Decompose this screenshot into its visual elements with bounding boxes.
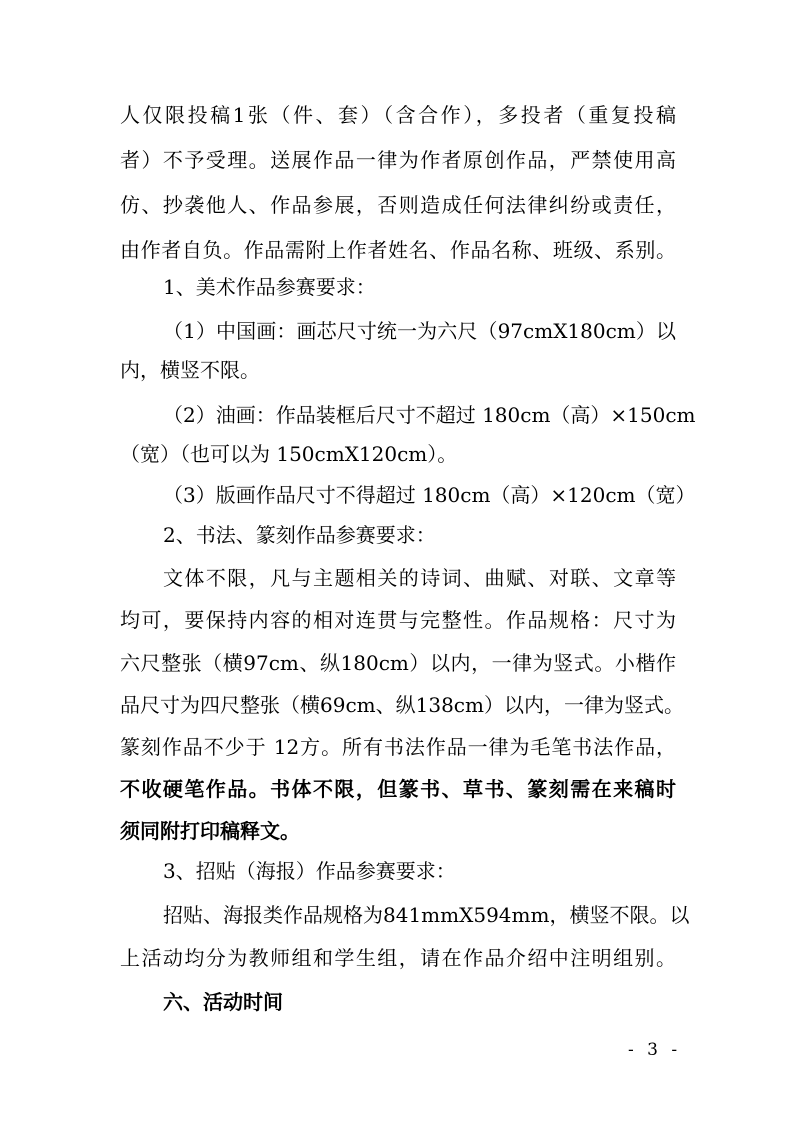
body-line-2: 者）不予受理。送展作品一律为作者原创作品，严禁使用高 [120,146,676,174]
calligraphy-line-3: 六尺整张（横97cm、纵180cm）以内，一律为竖式。小楷作 [120,649,676,677]
art-item-oil-painting-cont: （宽）（也可以为 150cmX120cm）。 [120,440,676,468]
poster-line-2: 上活动均分为教师组和学生组，请在作品介绍中注明组别。 [120,944,676,972]
section-heading-activity-time: 六、活动时间 [163,988,283,1016]
poster-line-1: 招贴、海报类作品规格为841mmX594mm，横竖不限。以 [163,901,676,929]
calligraphy-line-1: 文体不限，凡与主题相关的诗词、曲赋、对联、文章等 [163,564,676,592]
body-line-3: 仿、抄袭他人、作品参展，否则造成任何法律纠纷或责任， [120,191,676,219]
calligraphy-bold-line-1: 不收硬笔作品。书体不限，但篆书、草书、篆刻需在来稿时 [120,775,676,803]
subsection-poster-requirements: 3、招贴（海报）作品参赛要求： [163,857,676,885]
subsection-art-requirements: 1、美术作品参赛要求： [163,273,676,301]
calligraphy-line-2: 均可，要保持内容的相对连贯与完整性。作品规格：尺寸为 [120,606,676,634]
body-line-4: 由作者自负。作品需附上作者姓名、作品名称、班级、系别。 [120,236,676,264]
document-page: 人仅限投稿1张（件、套）（含合作），多投者（重复投稿 者）不予受理。送展作品一律… [0,0,793,1122]
art-item-oil-painting: （2）油画：作品装框后尺寸不超过 180cm（高）×150cm [163,401,676,429]
calligraphy-line-5: 篆刻作品不少于 12方。所有书法作品一律为毛笔书法作品， [120,733,676,761]
subsection-calligraphy-requirements: 2、书法、篆刻作品参赛要求： [163,521,676,549]
calligraphy-line-4: 品尺寸为四尺整张（横69cm、纵138cm）以内，一律为竖式。 [120,691,676,719]
calligraphy-bold-line-2: 须同附打印稿释文。 [120,817,676,845]
body-line-1: 人仅限投稿1张（件、套）（含合作），多投者（重复投稿 [120,101,676,129]
art-item-chinese-painting-cont: 内，横竖不限。 [120,356,676,384]
page-number: - 3 - [628,1038,681,1062]
art-item-chinese-painting: （1）中国画：画芯尺寸统一为六尺（97cmX180cm）以 [163,317,676,345]
art-item-printmaking: （3）版画作品尺寸不得超过 180cm（高）×120cm（宽） [163,481,676,509]
